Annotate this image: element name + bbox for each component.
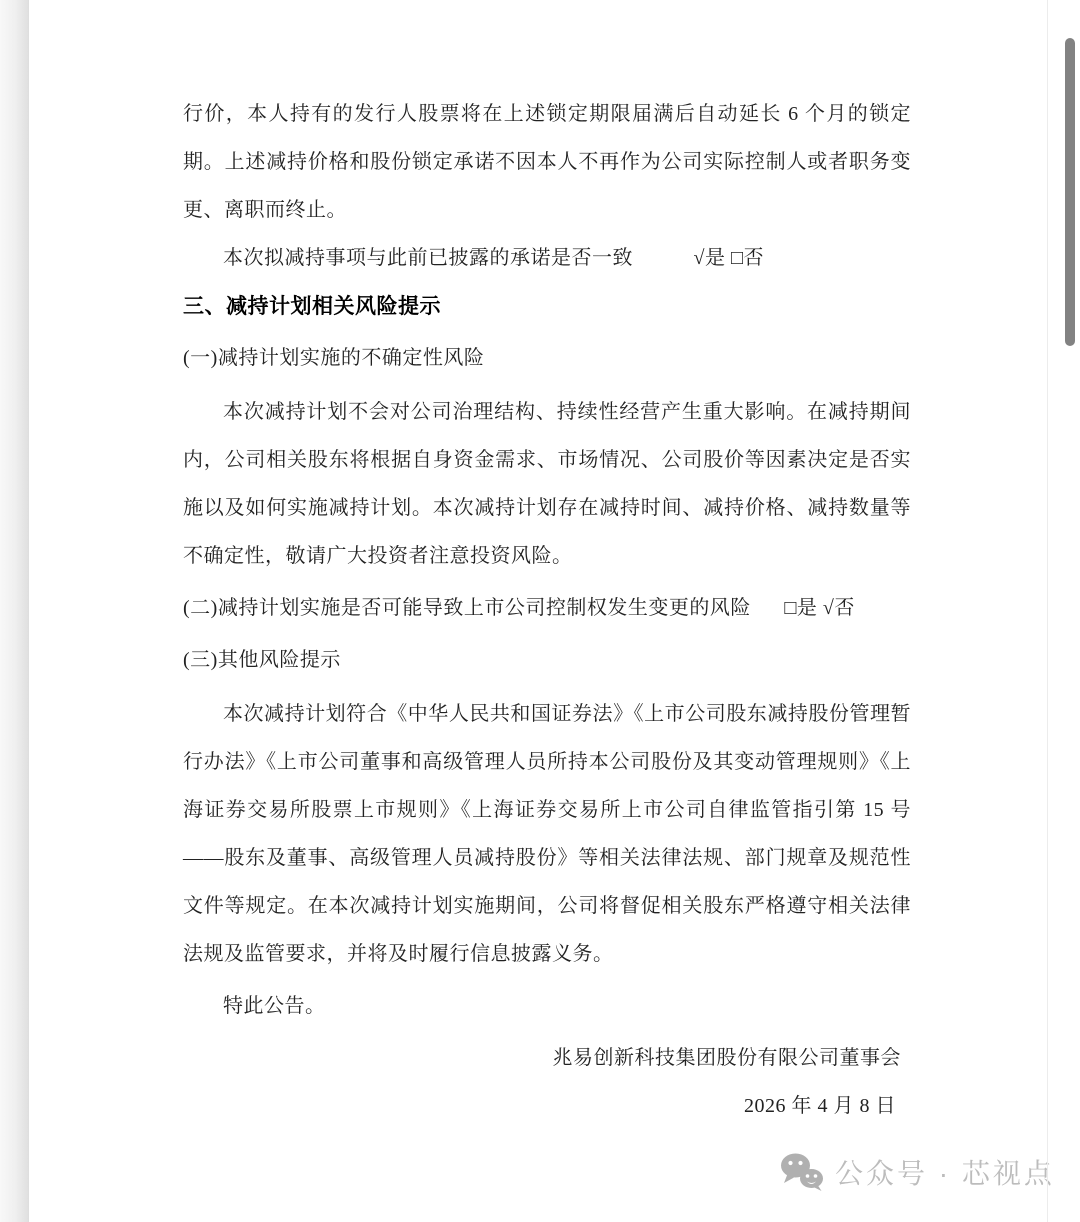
subsection-2-answer-checkboxes: □是 √否 bbox=[784, 597, 855, 619]
subsection-2-question: (二)减持计划实施是否可能导致上市公司控制权发生变更的风险 bbox=[183, 597, 751, 619]
date-line: 2026 年 4 月 8 日 bbox=[183, 1082, 911, 1130]
subsection-3-other-risk: (三)其他风险提示 bbox=[183, 636, 911, 684]
scrollbar-thumb[interactable] bbox=[1065, 38, 1075, 346]
wechat-icon bbox=[780, 1153, 824, 1191]
document-viewer: 行价，本人持有的发行人股票将在上述锁定期限届满后自动延长 6 个月的锁定期。上述… bbox=[0, 0, 1080, 1222]
document-page: 行价，本人持有的发行人股票将在上述锁定期限届满后自动延长 6 个月的锁定期。上述… bbox=[183, 90, 911, 1130]
section-heading-risk-notice: 三、减持计划相关风险提示 bbox=[183, 282, 911, 330]
watermark-text: 公众号 · 芯视点 bbox=[835, 1152, 1055, 1192]
paragraph-lockup-commitment: 行价，本人持有的发行人股票将在上述锁定期限届满后自动延长 6 个月的锁定期。上述… bbox=[183, 90, 911, 234]
watermark: 公众号 · 芯视点 bbox=[780, 1152, 1055, 1192]
closing-line: 特此公告。 bbox=[183, 982, 911, 1030]
confirm-question: 本次拟减持事项与此前已披露的承诺是否一致 bbox=[223, 247, 633, 269]
paragraph-uncertainty-risk: 本次减持计划不会对公司治理结构、持续性经营产生重大影响。在减持期间内，公司相关股… bbox=[183, 388, 911, 580]
signature-line: 兆易创新科技集团股份有限公司董事会 bbox=[183, 1034, 911, 1082]
subsection-2-control-change-risk: (二)减持计划实施是否可能导致上市公司控制权发生变更的风险 □是 √否 bbox=[183, 584, 911, 632]
confirm-line: 本次拟减持事项与此前已披露的承诺是否一致 √是 □否 bbox=[183, 234, 911, 282]
subsection-1-uncertainty-risk: (一)减持计划实施的不确定性风险 bbox=[183, 334, 911, 382]
paragraph-compliance: 本次减持计划符合《中华人民共和国证券法》《上市公司股东减持股份管理暂行办法》《上… bbox=[183, 690, 911, 978]
scrollbar-track[interactable] bbox=[1062, 0, 1080, 1222]
confirm-answer-checkboxes: √是 □否 bbox=[694, 247, 765, 269]
page-left-shadow bbox=[0, 0, 29, 1222]
page-right-edge bbox=[1047, 0, 1048, 1222]
